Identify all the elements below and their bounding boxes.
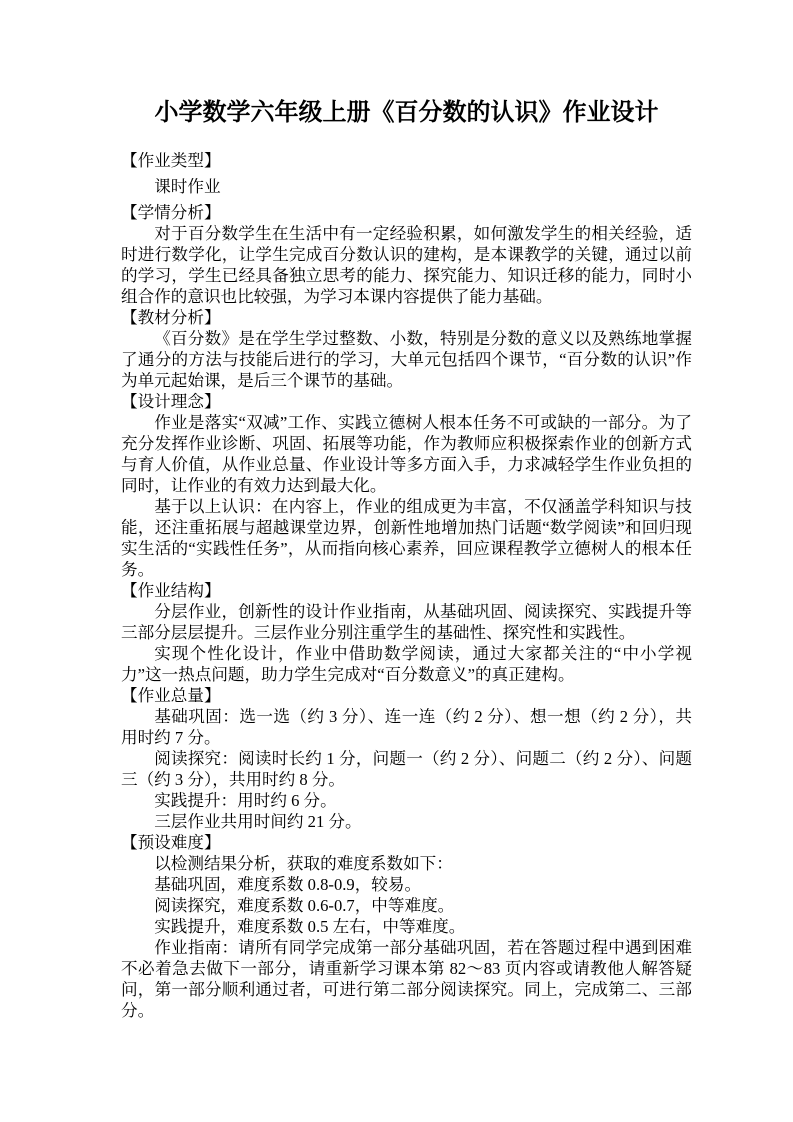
section: 【作业结构】分层作业，创新性的设计作业指南，从基础巩固、阅读探究、实践提升等三部… [121, 580, 692, 685]
section: 【预设难度】以检测结果分析，获取的难度系数如下：基础巩固，难度系数 0.8-0.… [121, 832, 692, 1021]
paragraph: 基础巩固，难度系数 0.8-0.9，较易。 [121, 874, 692, 895]
paragraph: 分层作业，创新性的设计作业指南，从基础巩固、阅读探究、实践提升等三部分层层提升。… [121, 601, 692, 643]
section-heading: 【教材分析】 [121, 307, 692, 328]
section: 【教材分析】《百分数》是在学生学过整数、小数，特别是分数的意义以及熟练地掌握了通… [121, 307, 692, 391]
section: 【作业总量】基础巩固：选一选（约 3 分）、连一连（约 2 分）、想一想（约 2… [121, 685, 692, 832]
paragraph: 作业是落实“双减”工作、实践立德树人根本任务不可或缺的一部分。为了充分发挥作业诊… [121, 412, 692, 496]
section: 【作业类型】课时作业 [121, 150, 692, 197]
section: 【学情分析】对于百分数学生在生活中有一定经验积累，如何激发学生的相关经验，适时进… [121, 202, 692, 307]
section: 【设计理念】作业是落实“双减”工作、实践立德树人根本任务不可或缺的一部分。为了充… [121, 391, 692, 580]
paragraph: 三层作业共用时间约 21 分。 [121, 811, 692, 832]
paragraph: 《百分数》是在学生学过整数、小数，特别是分数的意义以及熟练地掌握了通分的方法与技… [121, 328, 692, 391]
paragraph: 实践提升：用时约 6 分。 [121, 790, 692, 811]
paragraph: 实践提升，难度系数 0.5 左右，中等难度。 [121, 916, 692, 937]
document-page: 小学数学六年级上册《百分数的认识》作业设计 【作业类型】课时作业【学情分析】对于… [0, 0, 793, 1122]
section-heading: 【预设难度】 [121, 832, 692, 853]
paragraph: 阅读探究，难度系数 0.6-0.7，中等难度。 [121, 895, 692, 916]
paragraph: 实现个性化设计，作业中借助数学阅读，通过大家都关注的“中小学视力”这一热点问题，… [121, 643, 692, 685]
paragraph: 作业指南：请所有同学完成第一部分基础巩固，若在答题过程中遇到困难不必着急去做下一… [121, 937, 692, 1021]
paragraph: 阅读探究：阅读时长约 1 分，问题一（约 2 分）、问题二（约 2 分）、问题三… [121, 748, 692, 790]
section-heading: 【作业总量】 [121, 685, 692, 706]
paragraph: 基础巩固：选一选（约 3 分）、连一连（约 2 分）、想一想（约 2 分），共用… [121, 706, 692, 748]
paragraph: 对于百分数学生在生活中有一定经验积累，如何激发学生的相关经验，适时进行数学化，让… [121, 223, 692, 307]
section-heading: 【设计理念】 [121, 391, 692, 412]
section-heading: 【学情分析】 [121, 202, 692, 223]
paragraph: 基于以上认识：在内容上，作业的组成更为丰富，不仅涵盖学科知识与技能，还注重拓展与… [121, 496, 692, 580]
section-heading: 【作业结构】 [121, 580, 692, 601]
paragraph: 课时作业 [121, 176, 692, 197]
section-heading: 【作业类型】 [121, 150, 692, 171]
document-body: 【作业类型】课时作业【学情分析】对于百分数学生在生活中有一定经验积累，如何激发学… [121, 150, 692, 1021]
paragraph: 以检测结果分析，获取的难度系数如下： [121, 853, 692, 874]
document-title: 小学数学六年级上册《百分数的认识》作业设计 [121, 98, 692, 128]
